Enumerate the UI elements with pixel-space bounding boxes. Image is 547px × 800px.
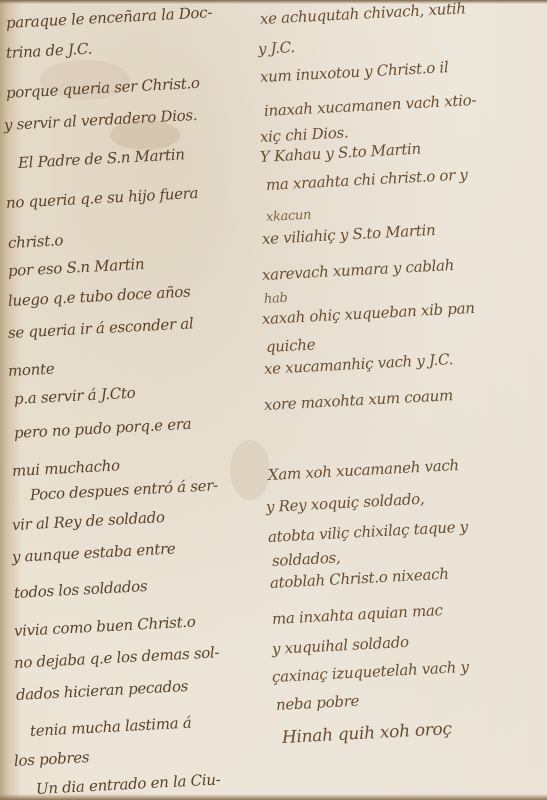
kiche-line: çaxinaç izuquetelah vach y xyxy=(272,658,470,686)
kiche-line: soldados, xyxy=(272,548,341,570)
kiche-line: y Rey xoquiç soldado, xyxy=(266,490,425,516)
kiche-line: xaxah ohiç xuqueban xib pan xyxy=(262,299,476,328)
spanish-line: mui muchacho xyxy=(12,456,121,480)
kiche-line: xkacun xyxy=(266,208,312,225)
spanish-line: Poco despues entró á ser- xyxy=(30,476,219,504)
kiche-line: atobta viliç chixilaç taque y xyxy=(268,518,469,546)
spanish-line: por eso S.n Martin xyxy=(8,255,145,280)
kiche-line: xarevach xumara y cablah xyxy=(262,256,455,284)
spanish-line: los pobres xyxy=(14,748,90,770)
kiche-line: xe achuqutah chivach, xutih xyxy=(260,0,466,28)
spanish-line: El Padre de S.n Martin xyxy=(18,145,186,172)
spanish-line: todos los soldados xyxy=(14,577,148,602)
manuscript-page: paraque le enceñara la Doc- trina de J.C… xyxy=(0,0,547,800)
kiche-line: xum inuxotou y Christ.o il xyxy=(260,58,449,86)
kiche-line: ma inxahta aquian mac xyxy=(272,601,444,628)
kiche-line: xiç chi Dios. xyxy=(260,123,349,146)
spanish-line: luego q.e tubo doce años xyxy=(8,282,191,310)
spanish-line: dados hicieran pecados xyxy=(16,677,189,704)
spanish-line: pero no pudo porq.e era xyxy=(14,415,192,442)
spanish-line: no dejaba q.e los demas sol- xyxy=(14,643,220,672)
spanish-line: no queria q.e su hijo fuera xyxy=(6,184,199,212)
kiche-line: hab xyxy=(264,291,288,307)
spanish-line: paraque le enceñara la Doc- xyxy=(6,3,213,32)
spanish-line: y aunque estaba entre xyxy=(12,539,176,566)
spanish-line: vir al Rey de soldado xyxy=(12,508,166,534)
kiche-line: ma xraahta chi christ.o or y xyxy=(266,165,469,194)
spanish-line: vivia como buen Christ.o xyxy=(14,613,196,640)
spanish-line: christ.o xyxy=(8,231,64,252)
kiche-line: neba pobre xyxy=(276,692,360,714)
kiche-line: quiche xyxy=(266,335,316,356)
kiche-line: inaxah xucamanen vach xtio- xyxy=(264,91,477,120)
kiche-line: Hinah quih xoh oroç xyxy=(281,719,452,748)
spanish-line: trina de J.C. xyxy=(6,40,93,62)
kiche-line: Xam xoh xucamaneh vach xyxy=(268,456,460,484)
spanish-line: Un dia entrado en la Ciu- xyxy=(36,770,221,798)
kiche-line: y J.C. xyxy=(258,38,296,58)
kiche-line: y xuquihal soldado xyxy=(272,633,410,658)
kiche-line: xore maxohta xum coaum xyxy=(264,386,454,414)
ink-stain xyxy=(230,440,270,500)
spanish-line: tenia mucha lastima á xyxy=(30,714,192,740)
spanish-line: p.a servir á J.Cto xyxy=(14,384,136,408)
kiche-line: atoblah Christ.o nixeach xyxy=(270,565,449,592)
kiche-line: xe viliahiç y S.to Martin xyxy=(262,221,436,248)
spanish-line: monte xyxy=(8,360,55,380)
spanish-line: se queria ir á esconder al xyxy=(8,314,194,342)
